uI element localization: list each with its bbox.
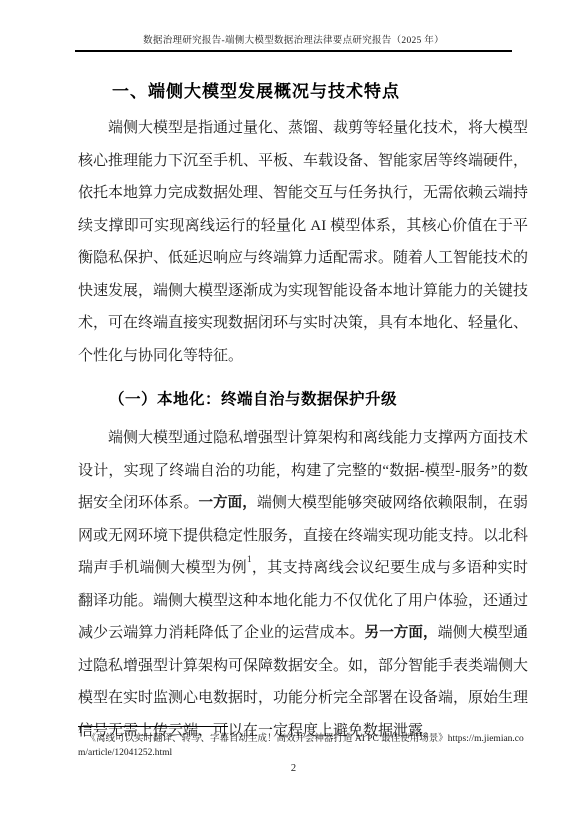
section-title: 一、端侧大模型发展概况与技术特点 [78, 80, 528, 104]
text-run: 端侧大模型通过隐私增强型计算架构可保障数据安全。如，部分智能手表类端侧大模型在实… [78, 625, 528, 739]
footnote-content: 《离线可以实时翻译、转写、字幕自动生成！高效开会神器打造 AI PC 最佳使用场… [78, 734, 524, 758]
footnote-area: 1《离线可以实时翻译、转写、字幕自动生成！高效开会神器打造 AI PC 最佳使用… [78, 726, 530, 760]
emphasis-text-run: 另一方面， [365, 625, 438, 641]
paragraph-localization: 端侧大模型通过隐私增强型计算架构和离线能力支撑两方面技术设计，实现了终端自治的功… [78, 422, 528, 747]
footnote: 1《离线可以实时翻译、转写、字幕自动生成！高效开会神器打造 AI PC 最佳使用… [78, 733, 530, 760]
running-header: 数据治理研究报告-端侧大模型数据治理法律要点研究报告（2025 年） [75, 32, 512, 52]
footnote-marker: 1 [78, 725, 83, 735]
document-page: 数据治理研究报告-端侧大模型数据治理法律要点研究报告（2025 年） 一、端侧大… [0, 0, 587, 834]
page-number: 2 [0, 763, 587, 774]
paragraph-overview: 端侧大模型是指通过量化、蒸馏、裁剪等轻量化技术，将大模型核心推理能力下沉至手机、… [78, 112, 528, 372]
document-body: 一、端侧大模型发展概况与技术特点 端侧大模型是指通过量化、蒸馏、裁剪等轻量化技术… [78, 68, 528, 747]
footnote-reference: 1 [247, 554, 252, 564]
footnote-divider [78, 726, 228, 727]
subsection-title: （一）本地化：终端自治与数据保护升级 [78, 387, 528, 413]
running-header-text: 数据治理研究报告-端侧大模型数据治理法律要点研究报告（2025 年） [143, 36, 444, 46]
emphasis-text-run: 一方面， [199, 495, 257, 511]
